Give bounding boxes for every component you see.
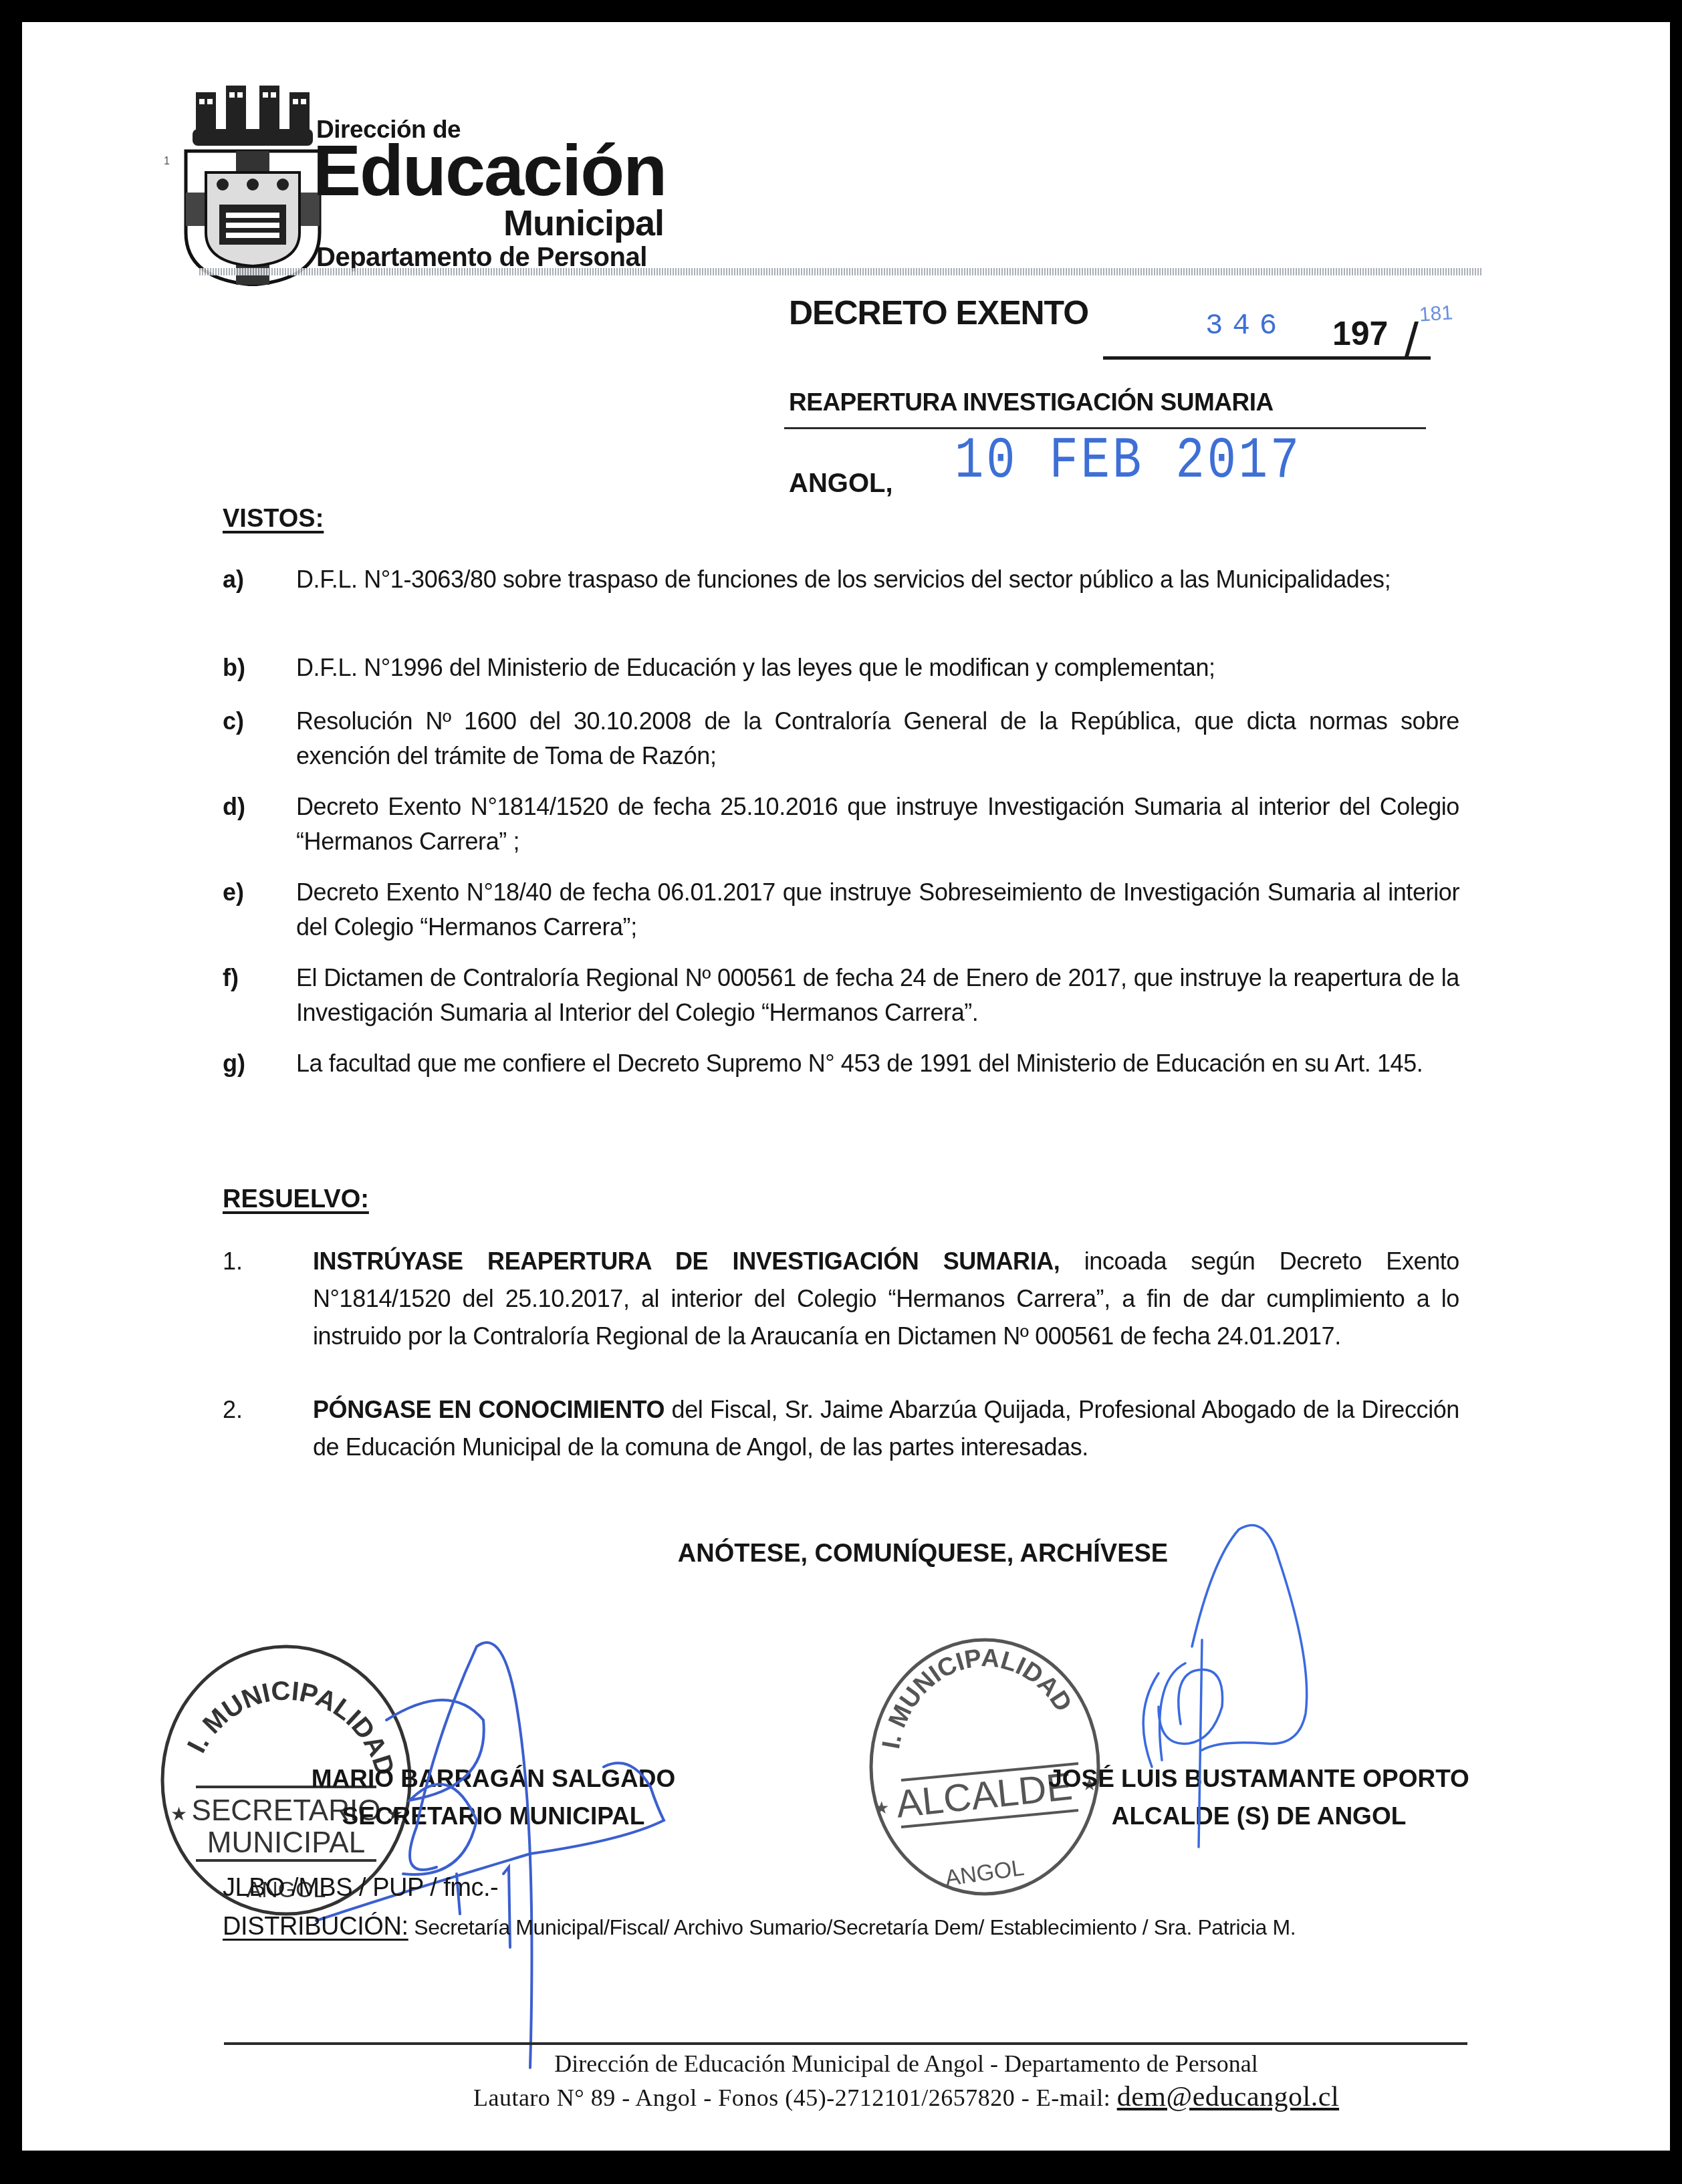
secretary-title: SECRETARIO MUNICIPAL [286,1798,701,1835]
decree-slash [1404,322,1419,359]
item-label: f) [223,961,239,995]
item-bold-text: INSTRÚYASE REAPERTURA DE INVESTIGACIÓN S… [313,1247,1060,1275]
stray-mark: 1 [164,156,170,168]
footer-office: Dirección de Educación Municipal de Ango… [22,2050,1670,2078]
decree-printed-number: 197 [1332,314,1388,353]
item-text: Resolución Nº 1600 del 30.10.2008 de la … [296,704,1459,773]
decree-subject: REAPERTURA INVESTIGACIÓN SUMARIA [789,388,1274,416]
item-label: b) [223,650,245,685]
seal-bottom-text: ANGOL [943,1855,1026,1891]
footer-contact: Lautaro N° 89 - Angol - Fonos (45)-27121… [22,2081,1670,2113]
header-municipal: Municipal [503,203,664,244]
header-divider [199,268,1483,275]
item-text: Decreto Exento N°1814/1520 de fecha 25.1… [296,790,1459,859]
mayor-signature-block: JOSÉ LUIS BUSTAMANTE OPORTO ALCALDE (S) … [1025,1760,1493,1835]
footer-address: Lautaro N° 89 - Angol - Fonos (45)-27121… [473,2084,1117,2111]
initials-reference: JLBO /MBS / PUP / fmc.- [223,1874,498,1903]
place-label: ANGOL, [789,469,893,499]
item-label: a) [223,562,244,597]
closing-formula: ANÓTESE, COMUNÍQUESE, ARCHÍVESE [22,1540,1670,1568]
item-text: La facultad que me confiere el Decreto S… [296,1046,1459,1081]
footer-divider [224,2042,1467,2045]
header-educacion: Educación [313,134,666,207]
item-text: D.F.L. N°1-3063/80 sobre traspaso de fun… [296,562,1459,597]
footer-email-link[interactable]: dem@educangol.cl [1117,2082,1339,2112]
svg-text:★: ★ [170,1804,187,1824]
decree-number-line [1103,356,1431,360]
item-label: e) [223,875,244,910]
item-text: D.F.L. N°1996 del Ministerio de Educació… [296,650,1459,685]
svg-text:★: ★ [874,1798,889,1818]
resuelvo-heading: RESUELVO: [223,1185,369,1214]
mayor-title: ALCALDE (S) DE ANGOL [1025,1798,1493,1835]
date-stamp: 10 FEB 2017 [955,429,1302,494]
coat-of-arms-icon [183,86,330,286]
item-text: El Dictamen de Contraloría Regional Nº 0… [296,961,1459,1030]
distribution-label: DISTRIBUCIÓN: [223,1913,408,1941]
secretary-name: MARIO BARRAGÁN SALGADO [286,1760,701,1798]
vistos-heading: VISTOS: [223,505,324,533]
document-page: 1 Dirección de Educación Municipal Depar… [22,22,1670,2151]
item-label: 1. [223,1243,243,1280]
item-text: PÓNGASE EN CONOCIMIENTO del Fiscal, Sr. … [313,1391,1459,1466]
item-label: c) [223,704,244,739]
item-label: g) [223,1046,245,1081]
item-label: d) [223,790,245,824]
item-label: 2. [223,1391,243,1429]
item-text: INSTRÚYASE REAPERTURA DE INVESTIGACIÓN S… [313,1243,1459,1355]
item-bold-text: PÓNGASE EN CONOCIMIENTO [313,1396,665,1423]
decree-label: DECRETO EXENTO [789,293,1088,332]
decree-stamped-number: 346 [1205,310,1286,343]
decree-annotation: 181 [1419,301,1453,326]
secretary-signature-block: MARIO BARRAGÁN SALGADO SECRETARIO MUNICI… [286,1760,701,1835]
item-text: Decreto Exento N°18/40 de fecha 06.01.20… [296,875,1459,945]
mayor-name: JOSÉ LUIS BUSTAMANTE OPORTO [1025,1760,1493,1798]
distribution-text: Secretaría Municipal/Fiscal/ Archivo Sum… [408,1915,1296,1939]
distribution-list: DISTRIBUCIÓN: Secretaría Municipal/Fisca… [223,1913,1296,1941]
